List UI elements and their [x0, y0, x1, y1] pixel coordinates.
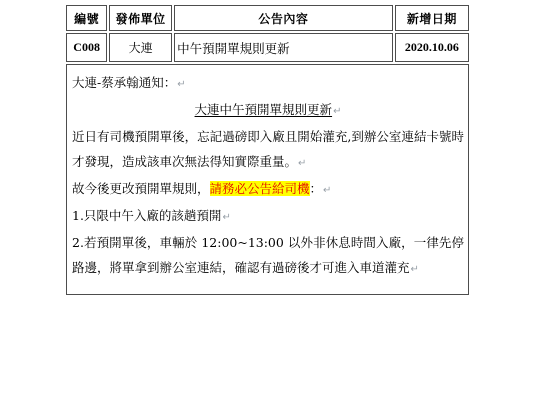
notice-title-line: 大連中午預開單規則更新↵ — [72, 97, 464, 124]
cell-issuing-unit: 大連 — [109, 33, 172, 62]
column-header-id: 編號 — [66, 5, 107, 31]
cell-date-added: 2020.10.06 — [395, 33, 469, 62]
paragraph-mark: ↵ — [322, 185, 331, 196]
highlighted-phrase: 請務必公告給司機 — [210, 181, 310, 196]
notice-paragraph-2: 故今後更改預開單規則，請務必公告給司機：↵ — [72, 176, 464, 203]
paragraph-2-suffix: ： — [310, 181, 323, 196]
announcement-table: 編號 發佈單位 公告內容 新增日期 C008 大連 中午預開單規則更新 2020… — [64, 3, 471, 297]
notice-from-text: 大連-蔡承翰通知： — [72, 75, 176, 90]
table-header-row: 編號 發佈單位 公告內容 新增日期 — [66, 5, 469, 31]
rule-item-2: 2.若預開單後，車輛於 12:00~13:00 以外非休息時間入廠，一律先停路邊… — [72, 230, 464, 282]
cell-announcement-subject: 中午預開單規則更新 — [174, 33, 393, 62]
table-body-row: 大連-蔡承翰通知：↵ 大連中午預開單規則更新↵ 近日有司機預開單後，忘記過磅即入… — [66, 64, 469, 295]
paragraph-mark: ↵ — [332, 106, 341, 117]
announcement-body-cell: 大連-蔡承翰通知：↵ 大連中午預開單規則更新↵ 近日有司機預開單後，忘記過磅即入… — [66, 64, 469, 295]
paragraph-mark: ↵ — [221, 212, 230, 223]
document-page: 編號 發佈單位 公告內容 新增日期 C008 大連 中午預開單規則更新 2020… — [0, 0, 540, 405]
rule-item-1-text: 1.只限中午入廠的該趟預開 — [72, 208, 221, 223]
paragraph-1-text: 近日有司機預開單後，忘記過磅即入廠且開始灌充,到辦公室連結卡號時才發現，造成該車… — [72, 129, 464, 169]
column-header-content: 公告內容 — [174, 5, 393, 31]
notice-paragraph-1: 近日有司機預開單後，忘記過磅即入廠且開始灌充,到辦公室連結卡號時才發現，造成該車… — [72, 124, 464, 176]
paragraph-mark: ↵ — [410, 264, 419, 275]
table-data-row: C008 大連 中午預開單規則更新 2020.10.06 — [66, 33, 469, 62]
notice-title-text: 大連中午預開單規則更新 — [195, 102, 333, 117]
column-header-unit: 發佈單位 — [109, 5, 172, 31]
rule-item-1: 1.只限中午入廠的該趟預開↵ — [72, 203, 464, 230]
paragraph-mark: ↵ — [297, 158, 306, 169]
paragraph-mark: ↵ — [176, 79, 185, 90]
paragraph-2-prefix: 故今後更改預開單規則， — [72, 181, 210, 196]
notice-from-line: 大連-蔡承翰通知：↵ — [72, 70, 464, 97]
column-header-date: 新增日期 — [395, 5, 469, 31]
rule-item-2-text: 2.若預開單後，車輛於 12:00~13:00 以外非休息時間入廠，一律先停路邊… — [72, 235, 464, 275]
cell-announcement-id: C008 — [66, 33, 107, 62]
